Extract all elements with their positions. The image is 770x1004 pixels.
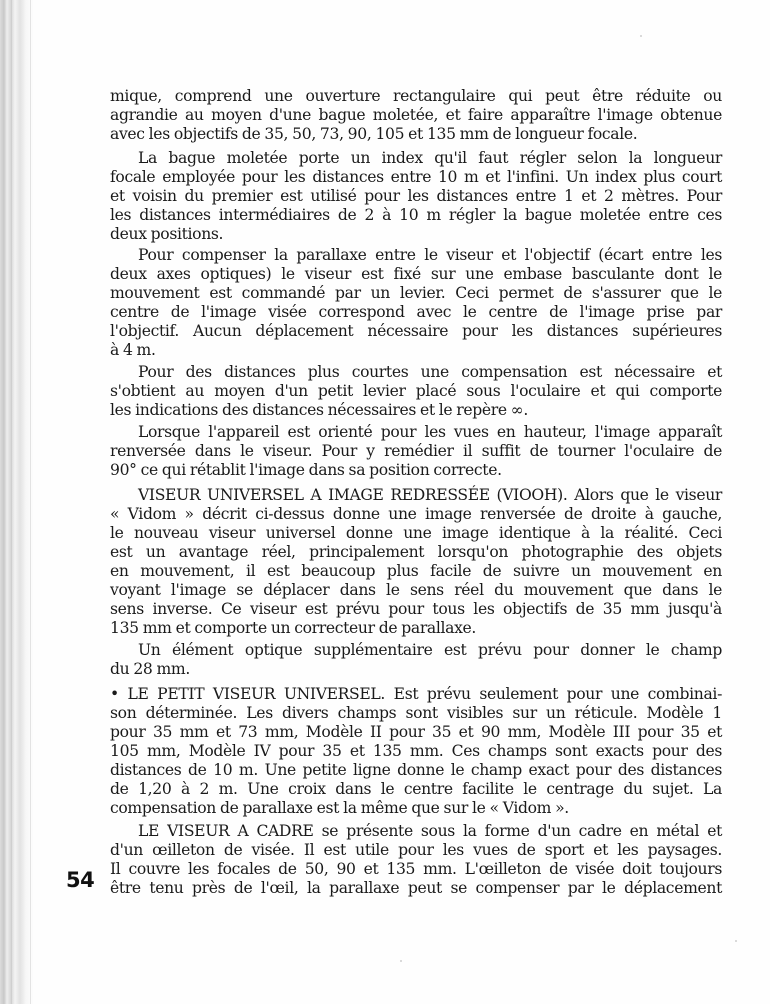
section-heading-line: • LE PETIT VISEUR UNIVERSEL. Est prévu s…: [110, 684, 722, 704]
page-number: 54: [66, 869, 94, 891]
text-line: « Vidom » décrit ci-dessus donne une ima…: [110, 504, 722, 524]
text-line: 105 mm, Modèle IV pour 35 et 135 mm. Ces…: [110, 741, 722, 761]
text-line: La bague moletée porte un index qu'il fa…: [138, 148, 722, 168]
text-line: Il couvre les focales de 50, 90 et 135 m…: [110, 859, 722, 879]
text-line: focale employée pour les distances entre…: [110, 167, 722, 187]
text-line: distances de 10 m. Une petite ligne donn…: [110, 760, 722, 780]
text-line: son déterminée. Les divers champs sont v…: [110, 703, 722, 723]
text-line: être tenu près de l'œil, la parallaxe pe…: [110, 878, 722, 898]
text-line: est un avantage réel, principalement lor…: [110, 542, 722, 562]
text-line: voyant l'image se déplacer dans le sens …: [110, 580, 722, 600]
text-line: de 1,20 à 2 m. Une croix dans le centre …: [110, 779, 722, 799]
scan-speck: [400, 960, 402, 962]
text-line: mique, comprend une ouverture rectangula…: [110, 86, 722, 106]
text-line: Pour compenser la parallaxe entre le vis…: [138, 245, 722, 265]
text-line: centre de l'image visée correspond avec …: [110, 302, 722, 322]
text-line: agrandie au moyen d'une bague moletée, e…: [110, 105, 722, 125]
text-line: 135 mm et comporte un correcteur de para…: [110, 618, 722, 638]
text-line: deux axes optiques) le viseur est fixé s…: [110, 264, 722, 284]
text-line: renversée dans le viseur. Pour y remédie…: [110, 441, 722, 461]
text-line: sens inverse. Ce viseur est prévu pour t…: [110, 599, 722, 619]
text-line: l'objectif. Aucun déplacement nécessaire…: [110, 321, 722, 341]
text-line: en mouvement, il est beaucoup plus facil…: [110, 561, 722, 581]
text-line: mouvement est commandé par un levier. Ce…: [110, 283, 722, 303]
text-line: Un élément optique supplémentaire est pr…: [138, 640, 722, 660]
text-line: pour 35 mm et 73 mm, Modèle II pour 35 e…: [110, 722, 722, 742]
text-line: d'un œilleton de visée. Il est utile pou…: [110, 840, 722, 860]
section-heading-line: LE VISEUR A CADRE se présente sous la fo…: [138, 821, 722, 841]
text-line: s'obtient au moyen d'un petit levier pla…: [110, 381, 722, 401]
page-binding-shadow: [0, 0, 34, 1004]
text-line: 90° ce qui rétablit l'image dans sa posi…: [110, 460, 722, 480]
text-line: du 28 mm.: [110, 659, 722, 679]
text-line: et voisin du premier est utilisé pour le…: [110, 186, 722, 206]
text-line: Lorsque l'appareil est orienté pour les …: [138, 422, 722, 442]
scan-speck: [640, 35, 642, 37]
binding-line: [11, 0, 12, 1004]
text-line: les distances intermédiaires de 2 à 10 m…: [110, 205, 722, 225]
section-heading-line: VISEUR UNIVERSEL A IMAGE REDRESSÉE (VIOO…: [138, 485, 722, 505]
text-line: avec les objectifs de 35, 50, 73, 90, 10…: [110, 124, 722, 144]
binding-line: [30, 0, 31, 1004]
text-line: les indications des distances nécessaire…: [110, 400, 722, 420]
text-line: à 4 m.: [110, 340, 722, 360]
scan-speck: [735, 940, 737, 942]
text-line: compensation de parallaxe est la même qu…: [110, 798, 722, 818]
text-line: Pour des distances plus courtes une comp…: [138, 362, 722, 382]
text-line: deux positions.: [110, 224, 722, 244]
text-line: le nouveau viseur universel donne une im…: [110, 523, 722, 543]
binding-line: [4, 0, 5, 1004]
